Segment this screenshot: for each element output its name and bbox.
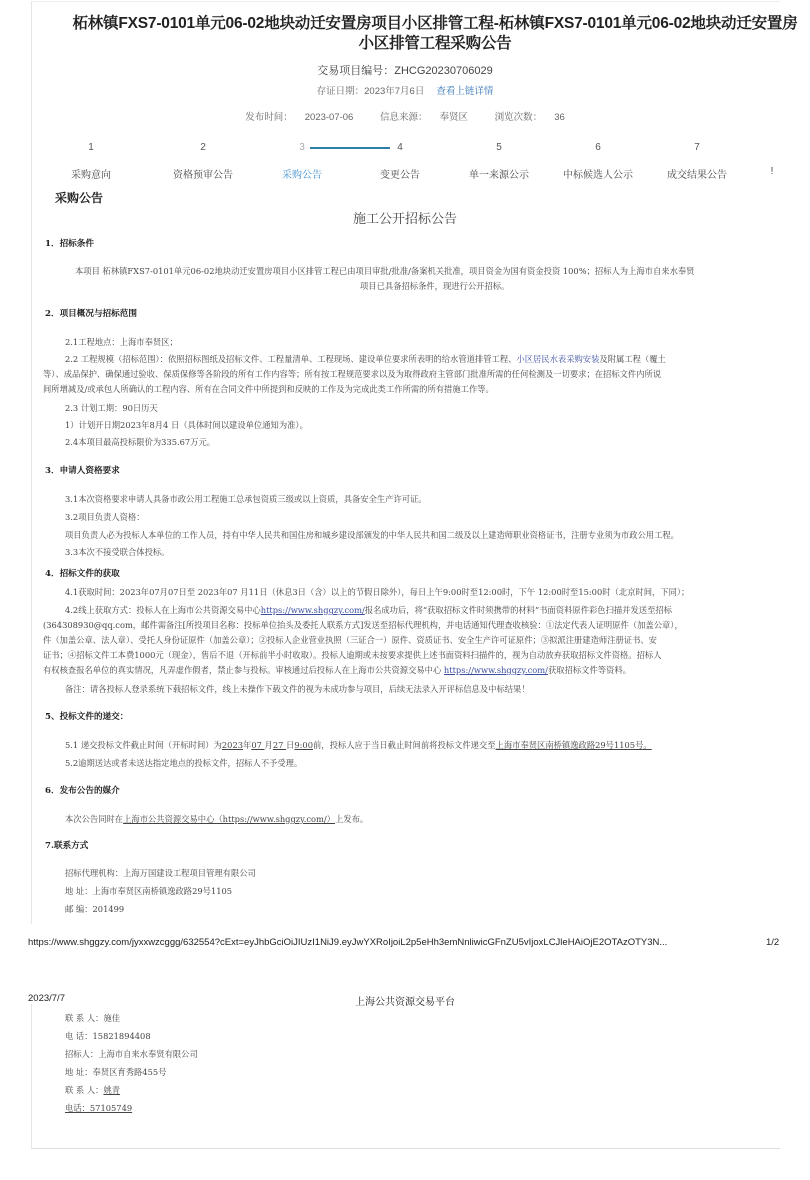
heading-2: 2．项目概况与招标范围 bbox=[45, 308, 137, 320]
para: 4.1获取时间：2023年07月07日至 2023年07 月11日（休息3日（含… bbox=[65, 586, 689, 598]
para: 3.1本次资格要求申请人具备市政公用工程施工总承包资质三级或以上资质，具备安全生… bbox=[65, 493, 427, 505]
contact-line: 电 话：15821894408 bbox=[65, 1030, 151, 1042]
heading-5: 5、投标文件的递交： bbox=[45, 711, 128, 723]
heading-3: 3．申请人资格要求 bbox=[45, 465, 120, 477]
para: 2.1工程地点：上海市奉贤区； bbox=[65, 336, 178, 348]
document-title: 施工公开招标公告 bbox=[0, 208, 810, 227]
page-title: 柘林镇FXS7-0101单元06-02地块动迁安置房项目小区排管工程-柘林镇FX… bbox=[70, 14, 800, 54]
para: 2.4本项目最高投标限价为335.67万元。 bbox=[65, 436, 215, 448]
step-1[interactable]: 1采购意向 bbox=[36, 142, 146, 181]
print-page-number: 1/2 bbox=[766, 937, 779, 948]
para: 2.3 计划工期：90日历天 bbox=[65, 402, 158, 414]
step-5[interactable]: 5单一来源公示 bbox=[444, 142, 554, 181]
cert-date: 存证日期：2023年7月6日查看上链详情 bbox=[0, 83, 810, 97]
contact-line: 招标代理机构：上海万国建设工程项目管理有限公司 bbox=[65, 867, 256, 879]
contact-line: 联 系 人：施佳 bbox=[65, 1012, 120, 1024]
contact-line: 邮 编：201499 bbox=[65, 903, 124, 915]
contact-line: 电话：57105749 bbox=[65, 1102, 132, 1114]
para: 本次公告同时在上海市公共资源交易中心（https://www.shggzy.co… bbox=[65, 813, 368, 825]
para: (364308930@qq.com，邮件需备注[所投项目名称：投标单位抬头及委托… bbox=[43, 619, 683, 631]
contact-line: 招标人：上海市自来水奉贤有限公司 bbox=[65, 1048, 198, 1060]
para: 3.3本次不接受联合体投标。 bbox=[65, 546, 169, 558]
shggzy-link[interactable]: https://www.shggzy.com/ bbox=[261, 605, 365, 615]
heading-4: 4．招标文件的获取 bbox=[45, 568, 120, 580]
para: 间所增减及/或承包人所确认的工程内容、所有在合同文件中所提到和反映的工作及为完成… bbox=[43, 383, 494, 395]
publish-meta: 发布时间：2023-07-06 信息来源：奉贤区 浏览次数：36 bbox=[0, 109, 810, 123]
para: 等）、成品保护、确保通过验收、保质保修等各阶段的所有工作内容等；所有按工程规范要… bbox=[43, 368, 661, 380]
para: 1）计划开日期2023年8月4 日（具体时间以建设单位通知为准）。 bbox=[65, 419, 308, 431]
process-steps: 1采购意向 2资格预审公告 3采购公告 4变更公告 5单一来源公示 6中标候选人… bbox=[0, 142, 810, 182]
para: 项目已具备招标条件，现进行公开招标。 bbox=[360, 280, 509, 292]
contact-line: 地 址：上海市奉贤区南桥镇逸政路29号1105 bbox=[65, 885, 232, 897]
step-8[interactable]: ! bbox=[752, 142, 792, 177]
shggzy-link-2[interactable]: https://www.shggzy.com/ bbox=[444, 665, 548, 675]
para: 2.2 工程规模（招标范围）：依照招标图纸及招标文件、工程量清单、工程现场、建设… bbox=[65, 353, 666, 365]
step-6[interactable]: 6中标候选人公示 bbox=[543, 142, 653, 181]
page-card bbox=[31, 1, 780, 924]
para: 5.2逾期送达或者未送达指定地点的投标文件，招标人不予受理。 bbox=[65, 757, 302, 769]
para: 证书；④招标文件工本费1000元（现金），售后不退（开标前半小时收取）。投标人逾… bbox=[43, 649, 662, 661]
para: 5.1 递交投标文件截止时间（开标时间）为2023年07 月27 日9:00前，… bbox=[65, 739, 652, 751]
contact-line: 地 址：奉贤区育秀路455号 bbox=[65, 1066, 166, 1078]
para: 项目负责人必为投标人本单位的工作人员，持有中华人民共和国住房和城乡建设部颁发的中… bbox=[65, 529, 679, 541]
project-code: 交易项目编号：ZHCG20230706029 bbox=[0, 62, 810, 78]
step-3[interactable]: 3采购公告 bbox=[247, 142, 357, 181]
print-header-site: 上海公共资源交易平台 bbox=[0, 993, 810, 1008]
para: 件（加盖公章、法人章）、受托人身份证原件（加盖公章）；②投标人企业营业执照（三证… bbox=[43, 634, 657, 646]
heading-6: 6．发布公告的媒介 bbox=[45, 785, 120, 797]
contact-line: 联 系 人：姚青 bbox=[65, 1084, 120, 1096]
water-meter-link[interactable]: 小区居民水表采购安装 bbox=[516, 354, 599, 364]
chain-details-link[interactable]: 查看上链详情 bbox=[436, 86, 493, 97]
media-link[interactable]: 上海市公共资源交易中心（https://www.shggzy.com/） bbox=[123, 814, 335, 824]
step-7[interactable]: 7成交结果公告 bbox=[642, 142, 752, 181]
heading-1: 1．招标条件 bbox=[45, 238, 94, 250]
para: 本项目 柘林镇FXS7-0101单元06-02地块动迁安置房项目小区排管工程已由… bbox=[75, 265, 694, 277]
print-footer-url: https://www.shggzy.com/jyxxwzcggg/632554… bbox=[28, 937, 667, 948]
para: 4.2线上获取方式：投标人在上海市公共资源交易中心https://www.shg… bbox=[65, 604, 672, 616]
step-4[interactable]: 4变更公告 bbox=[345, 142, 455, 181]
para: 3.2项目负责人资格： bbox=[65, 511, 145, 523]
para-note: 备注：请各投标人登录系统下载招标文件，线上未操作下载文件的视为未成功参与项目，后… bbox=[65, 683, 530, 695]
section-title: 采购公告 bbox=[55, 189, 103, 206]
heading-7: 7.联系方式 bbox=[45, 840, 88, 852]
para: 有权核查报名单位的真实情况，凡弄虚作假者，禁止参与投标。审核通过后投标人在上海市… bbox=[43, 664, 631, 676]
step-2[interactable]: 2资格预审公告 bbox=[148, 142, 258, 181]
